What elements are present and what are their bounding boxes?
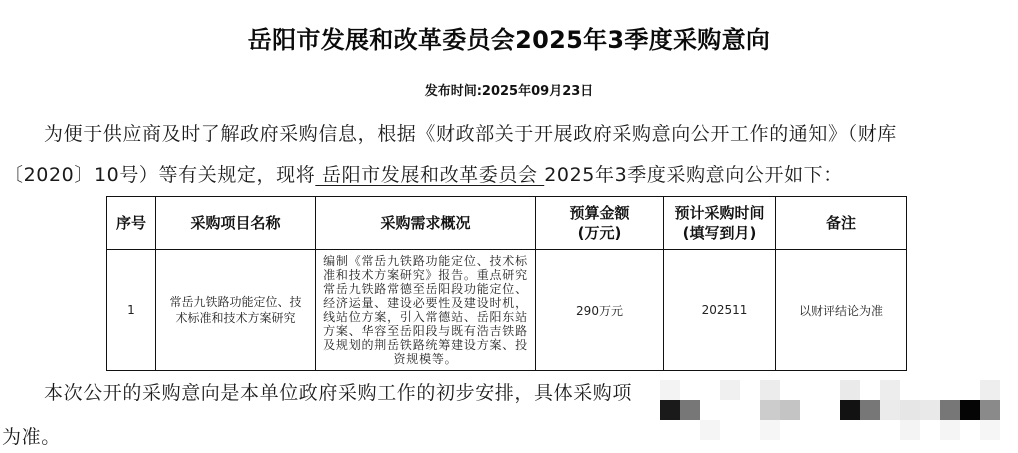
table-row: 1 常岳九铁路功能定位、技术标准和技术方案研究 编制《常岳九铁路功能定位、技术标… (107, 250, 907, 371)
page-title: 岳阳市发展和改革委员会2025年3季度采购意向 (0, 20, 1018, 55)
cell-expected-month: 202511 (664, 250, 776, 371)
intro-paragraph-line2: 〔2020〕10号）等有关规定，现将 岳阳市发展和改革委员会 2025年3季度采… (4, 160, 843, 187)
intro-paragraph-line1: 为便于供应商及时了解政府采购信息，根据《财政部关于开展政府采购意向公开工作的通知… (44, 119, 897, 146)
publish-date: 发布时间:2025年09月23日 (0, 80, 1018, 99)
header-demand-summary: 采购需求概况 (316, 197, 536, 250)
header-budget: 预算金额(万元) (536, 197, 664, 250)
unit-name-underlined: 岳阳市发展和改革委员会 (315, 164, 544, 186)
cell-budget: 290万元 (536, 250, 664, 371)
header-project-name: 采购项目名称 (156, 197, 316, 250)
cell-project-name: 常岳九铁路功能定位、技术标准和技术方案研究 (156, 250, 316, 371)
procurement-notice-page: 岳阳市发展和改革委员会2025年3季度采购意向 发布时间:2025年09月23日… (0, 0, 1018, 453)
header-remark: 备注 (776, 197, 907, 250)
procurement-intent-table: 序号 采购项目名称 采购需求概况 预算金额(万元) 预计采购时间(填写到月) 备… (106, 196, 907, 371)
cell-demand-summary: 编制《常岳九铁路功能定位、技术标准和技术方案研究》报告。重点研究常岳九铁路常德至… (316, 250, 536, 371)
closing-paragraph-line2: 为准。 (2, 422, 61, 449)
header-seq: 序号 (107, 197, 156, 250)
header-expected-time: 预计采购时间(填写到月) (664, 197, 776, 250)
closing-paragraph-line1: 本次公开的采购意向是本单位政府采购工作的初步安排，具体采购项 (44, 378, 632, 405)
intro-line2-suffix: 2025年3季度采购意向公开如下： (544, 164, 843, 186)
table-header-row: 序号 采购项目名称 采购需求概况 预算金额(万元) 预计采购时间(填写到月) 备… (107, 197, 907, 250)
cell-seq: 1 (107, 250, 156, 371)
cell-remark: 以财评结论为准 (776, 250, 907, 371)
redaction-mosaic (660, 380, 1018, 440)
intro-line2-prefix: 〔2020〕10号）等有关规定，现将 (4, 164, 315, 186)
